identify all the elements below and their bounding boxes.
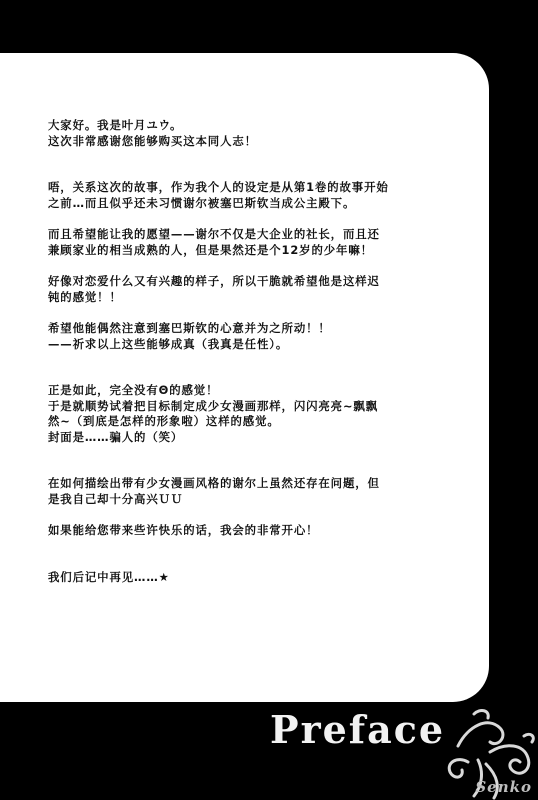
text-line: 封面是……骗人的（笑） [48,430,468,446]
paragraph-drawing: 在如何描绘出带有少女漫画风格的谢尔上虽然还存在问题，但 是我自己却十分高兴ＵＵ [48,476,468,507]
text-line: 是我自己却十分高兴ＵＵ [48,492,468,508]
paragraph-farewell: 我们后记中再见……★ [48,570,468,586]
text-line: 然~（到底是怎样的形象啦）这样的感觉。 [48,414,468,430]
text-line: 希望他能偶然注意到塞巴斯钦的心意并为之所动！！ [48,321,468,337]
preface-title: Preface [270,708,445,752]
text-line: 这次非常感谢您能够购买这本同人志！ [48,134,468,150]
preface-body: 大家好。我是叶月ユウ。 这次非常感谢您能够购买这本同人志！ 唔，关系这次的故事，… [48,118,468,585]
text-line: 正是如此，完全没有Θ的感觉！ [48,383,468,399]
text-line: 大家好。我是叶月ユウ。 [48,118,468,134]
paragraph-wish: 而且希望能让我的愿望——谢尔不仅是大企业的社长，而且还 兼顾家业的相当成熟的人，… [48,227,468,258]
text-line: 如果能给您带来些许快乐的话，我会的非常开心！ [48,523,468,539]
preface-title-block: Preface Senko [268,706,538,800]
paragraph-hope: 希望他能偶然注意到塞巴斯钦的心意并为之所动！！ ——祈求以上这些能够成真（我真是… [48,321,468,352]
text-line: 在如何描绘出带有少女漫画风格的谢尔上虽然还存在问题，但 [48,476,468,492]
text-line: 我们后记中再见……★ [48,570,468,586]
text-line: 兼顾家业的相当成熟的人，但是果然还是个12岁的少年嘛！ [48,243,468,259]
text-line: 唔，关系这次的故事，作为我个人的设定是从第1卷的故事开始 [48,180,468,196]
text-line: 钝的感觉！！ [48,290,468,306]
text-line: ——祈求以上这些能够成真（我真是任性）。 [48,337,468,353]
paragraph-shoujo-style: 正是如此，完全没有Θ的感觉！ 于是就顺势试着把目标制定成少女漫画那样，闪闪亮亮~… [48,383,468,445]
paragraph-story-setting: 唔，关系这次的故事，作为我个人的设定是从第1卷的故事开始 之前…而且似乎还未习惯… [48,180,468,211]
paragraph-greeting: 大家好。我是叶月ユウ。 这次非常感谢您能够购买这本同人志！ [48,118,468,149]
artist-signature: Senko [475,778,532,796]
text-line: 好像对恋爱什么又有兴趣的样子，所以干脆就希望他是这样迟 [48,274,468,290]
paragraph-romance: 好像对恋爱什么又有兴趣的样子，所以干脆就希望他是这样迟 钝的感觉！！ [48,274,468,305]
text-line: 于是就顺势试着把目标制定成少女漫画那样，闪闪亮亮~飘飘 [48,399,468,415]
text-line: 而且希望能让我的愿望——谢尔不仅是大企业的社长，而且还 [48,227,468,243]
paragraph-happiness: 如果能给您带来些许快乐的话，我会的非常开心！ [48,523,468,539]
text-line: 之前…而且似乎还未习惯谢尔被塞巴斯钦当成公主殿下。 [48,196,468,212]
